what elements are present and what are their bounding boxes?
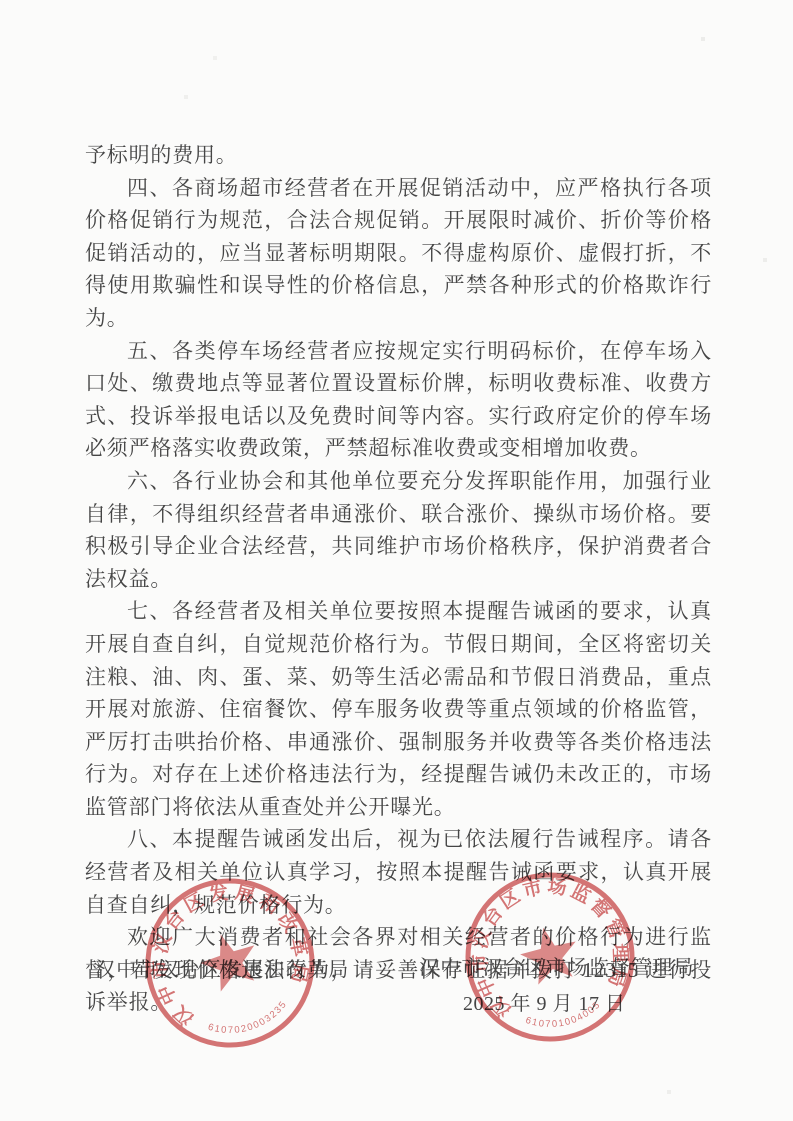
star-icon: [515, 921, 583, 987]
paragraph-item-6: 六、各行业协会和其他单位要充分发挥职能作用，加强行业自律，不得组织经营者串通涨价…: [85, 465, 712, 595]
paragraph-item-7: 七、各经营者及相关单位要按照本提醒告诫函的要求，认真开展自查自纠，自觉规范价格行…: [85, 595, 712, 823]
seal-code-text: 6107020003235: [204, 997, 294, 1046]
svg-text:610701004005: 610701004005: [522, 998, 606, 1038]
seal-code-text: 610701004005: [522, 998, 606, 1038]
scanned-document-page: 予标明的费用。 四、各商场超市经营者在开展促销活动中，应严格执行各项价格促销行为…: [0, 0, 793, 1121]
paragraph-continuation: 予标明的费用。: [85, 139, 712, 172]
paragraph-item-4: 四、各商场超市经营者在开展促销活动中，应严格执行各项价格促销行为规范，合法合规促…: [85, 172, 712, 335]
paragraph-item-5: 五、各类停车场经营者应按规定实行明码标价，在停车场入口处、缴费地点等显著位置设置…: [85, 335, 712, 465]
star-icon: [194, 926, 265, 995]
scan-noise: [0, 0, 2, 2]
svg-text:6107020003235: 6107020003235: [204, 997, 294, 1046]
